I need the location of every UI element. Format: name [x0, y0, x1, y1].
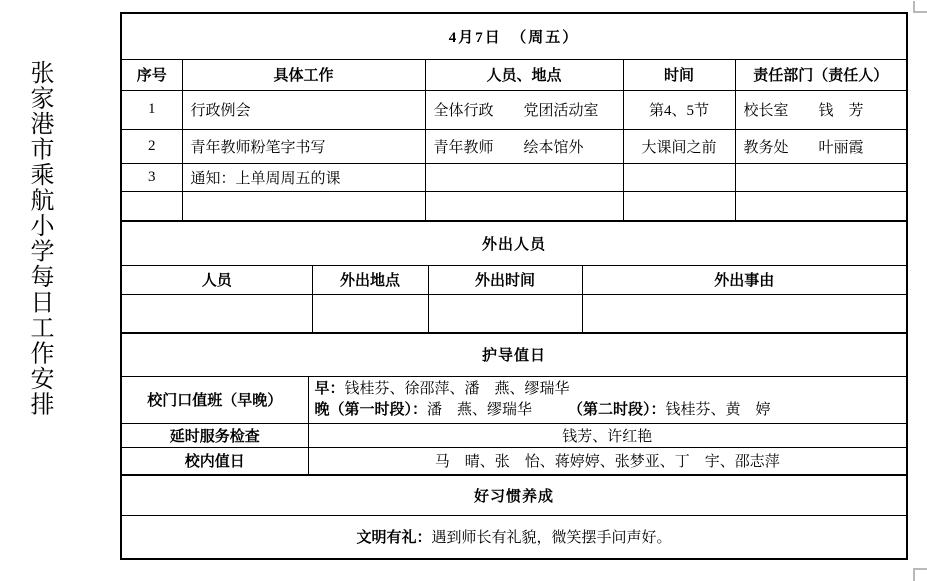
evening-names: 潘 燕、缪瑞华: [427, 402, 532, 418]
campus-duty-label: 校内值日: [122, 447, 308, 474]
cell-no: 1: [122, 90, 182, 129]
table-row: [122, 294, 906, 332]
delay-check-label: 延时服务检查: [122, 423, 308, 447]
cell-people-place: 青年教师 绘本馆外: [425, 129, 623, 163]
evening2-names: 钱桂芬、黄 婷: [666, 402, 771, 418]
cell-work: 青年教师粉笔字书写: [182, 129, 425, 163]
table-row: 2 青年教师粉笔字书写 青年教师 绘本馆外 大课间之前 教务处 叶丽霞: [122, 129, 906, 163]
cell-person: [122, 294, 312, 332]
outgoing-section-title: 外出人员: [122, 221, 906, 265]
table-row: 校门口值班（早晚） 早：钱桂芬、徐邵萍、潘 燕、缪瑞华 晚（第一时段）：潘 燕、…: [122, 376, 906, 423]
gate-duty-morning: 早：钱桂芬、徐邵萍、潘 燕、缪瑞华: [315, 379, 901, 400]
header-row: 序号 具体工作 人员、地点 时间 责任部门（责任人）: [122, 59, 906, 90]
cell-no: 2: [122, 129, 182, 163]
outgoing-table: 外出人员 人员 外出地点 外出时间 外出事由: [122, 220, 906, 332]
cell-department: 校长室 钱 芳: [735, 90, 906, 129]
cell-time: 第4、5节: [623, 90, 735, 129]
date-title: 4月7日 （周五）: [122, 14, 906, 59]
document-page: 张家港市乘航小学每日工作安排 4月7日 （周五） 序号 具体工作 人员、地点 时…: [0, 0, 927, 581]
cell-no: 3: [122, 163, 182, 191]
section-title-row: 外出人员: [122, 221, 906, 265]
gate-duty-label: 校门口值班（早晚）: [122, 376, 308, 423]
cell-work: 行政例会: [182, 90, 425, 129]
habit-rule: 文明有礼：遇到师长有礼貌，微笑摆手问声好。: [122, 515, 906, 558]
daily-work-table: 4月7日 （周五） 序号 具体工作 人员、地点 时间 责任部门（责任人） 1 行…: [122, 14, 906, 220]
cell-time: [623, 191, 735, 220]
cell-work: 通知：上单周周五的课: [182, 163, 425, 191]
cell-out-time: [428, 294, 582, 332]
section-title-row: 护导值日: [122, 333, 906, 376]
page-boundary-mark-top-right: [913, 1, 927, 13]
cell-time: 大课间之前: [623, 129, 735, 163]
col-header-department: 责任部门（责任人）: [735, 59, 906, 90]
table-row: 3 通知：上单周周五的课: [122, 163, 906, 191]
duty-table: 护导值日 校门口值班（早晚） 早：钱桂芬、徐邵萍、潘 燕、缪瑞华 晚（第一时段）…: [122, 332, 906, 474]
evening-prefix: 晚（第一时段）：: [315, 402, 428, 418]
col-header-time: 时间: [623, 59, 735, 90]
date-title-row: 4月7日 （周五）: [122, 14, 906, 59]
col-header-no: 序号: [122, 59, 182, 90]
table-row: [122, 191, 906, 220]
habit-rule-text: 遇到师长有礼貌，微笑摆手问声好。: [432, 530, 672, 546]
schedule-grid: 4月7日 （周五） 序号 具体工作 人员、地点 时间 责任部门（责任人） 1 行…: [120, 12, 908, 560]
cell-department: [735, 163, 906, 191]
cell-out-place: [312, 294, 428, 332]
duty-section-title: 护导值日: [122, 333, 906, 376]
cell-work: [182, 191, 425, 220]
gate-duty-evening: 晚（第一时段）：潘 燕、缪瑞华（第二时段）：钱桂芬、黄 婷: [315, 400, 901, 421]
col-header-work: 具体工作: [182, 59, 425, 90]
table-row: 文明有礼：遇到师长有礼貌，微笑摆手问声好。: [122, 515, 906, 558]
col-header-out-time: 外出时间: [428, 265, 582, 294]
cell-time: [623, 163, 735, 191]
cell-people-place: 全体行政 党团活动室: [425, 90, 623, 129]
cell-no: [122, 191, 182, 220]
morning-prefix: 早：: [315, 381, 345, 397]
habit-section-title: 好习惯养成: [122, 475, 906, 515]
habit-rule-prefix: 文明有礼：: [356, 530, 431, 546]
gate-duty-content: 早：钱桂芬、徐邵萍、潘 燕、缪瑞华 晚（第一时段）：潘 燕、缪瑞华（第二时段）：…: [308, 376, 906, 423]
cell-people-place: [425, 191, 623, 220]
col-header-people-place: 人员、地点: [425, 59, 623, 90]
col-header-out-place: 外出地点: [312, 265, 428, 294]
delay-check-names: 钱芳、许红艳: [308, 423, 906, 447]
evening2-prefix: （第二时段）：: [568, 402, 666, 418]
cell-department: 教务处 叶丽霞: [735, 129, 906, 163]
campus-duty-names: 马 晴、张 怡、蒋婷婷、张梦亚、丁 宇、邵志萍: [308, 447, 906, 474]
section-title-row: 好习惯养成: [122, 475, 906, 515]
header-row: 人员 外出地点 外出时间 外出事由: [122, 265, 906, 294]
table-row: 校内值日 马 晴、张 怡、蒋婷婷、张梦亚、丁 宇、邵志萍: [122, 447, 906, 474]
table-row: 延时服务检查 钱芳、许红艳: [122, 423, 906, 447]
cell-out-reason: [582, 294, 906, 332]
page-boundary-mark-bottom-right: [913, 568, 927, 581]
col-header-out-reason: 外出事由: [582, 265, 906, 294]
col-header-person: 人员: [122, 265, 312, 294]
document-vertical-title: 张家港市乘航小学每日工作安排: [22, 60, 56, 417]
habit-table: 好习惯养成 文明有礼：遇到师长有礼貌，微笑摆手问声好。: [122, 474, 906, 558]
cell-people-place: [425, 163, 623, 191]
table-row: 1 行政例会 全体行政 党团活动室 第4、5节 校长室 钱 芳: [122, 90, 906, 129]
cell-department: [735, 191, 906, 220]
morning-names: 钱桂芬、徐邵萍、潘 燕、缪瑞华: [345, 381, 570, 397]
